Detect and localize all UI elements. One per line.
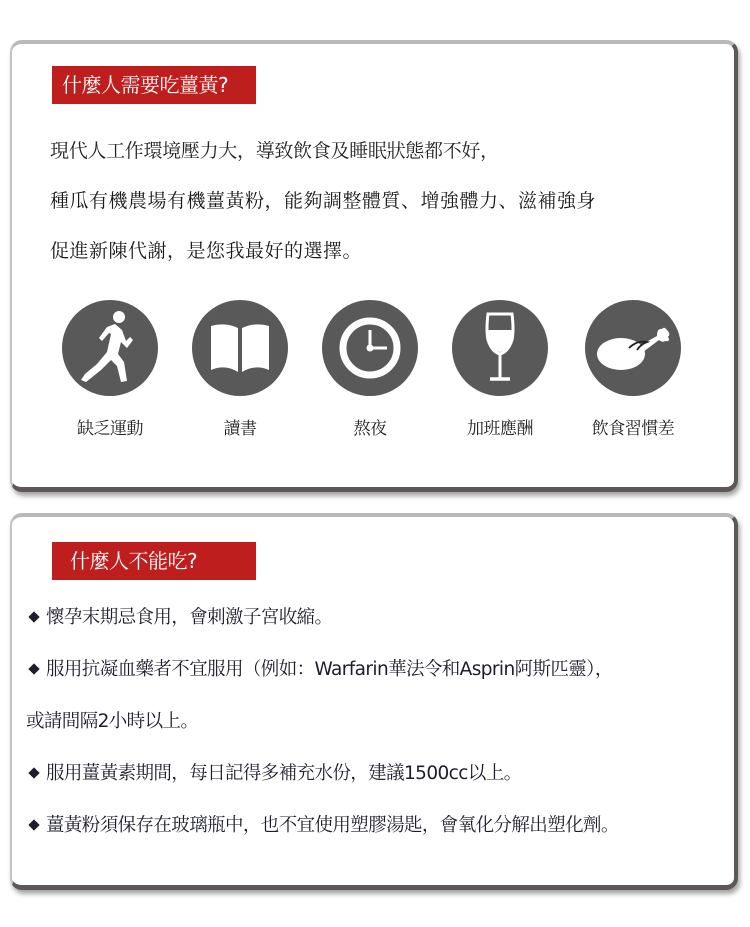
- list-item: 服用薑黃素期間，每日記得多補充水份，建議1500cc以上。: [26, 759, 522, 785]
- who-should-eat-card: 什麼人需要吃薑黃? 現代人工作環境壓力大，導致飲食及睡眠狀態都不好， 種瓜有機農…: [10, 40, 738, 492]
- list-item: 薑黃粉須保存在玻璃瓶中，也不宜使用塑膠湯匙，會氧化分解出塑化劑。: [26, 811, 619, 837]
- chicken-drumstick-icon: [585, 300, 681, 396]
- icon-item-poor-diet: 飲食習慣差: [568, 300, 698, 439]
- lifestyle-icon-row: 缺乏運動 讀書 熬夜: [12, 300, 734, 440]
- icon-label: 加班應酬: [435, 414, 565, 439]
- diamond-bullet-icon: [28, 663, 39, 674]
- clock-icon: [322, 300, 418, 396]
- icon-item-staying-up-late: 熬夜: [305, 300, 435, 439]
- section-title: 什麼人不能吃?: [52, 542, 256, 580]
- intro-paragraph-1: 現代人工作環境壓力大，導致飲食及睡眠狀態都不好，: [50, 136, 499, 163]
- open-book-icon: [192, 300, 288, 396]
- diamond-bullet-icon: [28, 767, 39, 778]
- list-item-continuation: 或請間隔2小時以上。: [26, 707, 198, 733]
- running-person-icon: [62, 300, 158, 396]
- list-item: 服用抗凝血藥者不宜服用（例如：Warfarin華法令和Asprin阿斯匹靈），: [26, 655, 613, 681]
- diamond-bullet-icon: [28, 611, 39, 622]
- icon-item-overtime-socializing: 加班應酬: [435, 300, 565, 439]
- icon-label: 熬夜: [305, 414, 435, 439]
- icon-label: 缺乏運動: [45, 414, 175, 439]
- icon-label: 飲食習慣差: [568, 414, 698, 439]
- intro-paragraph-3: 促進新陳代謝，是您我最好的選擇。: [50, 236, 362, 263]
- icon-item-lack-of-exercise: 缺乏運動: [45, 300, 175, 439]
- list-item: 懷孕末期忌食用，會刺激子宮收縮。: [26, 603, 332, 629]
- icon-item-reading: 讀書: [175, 300, 305, 439]
- wine-glass-icon: [452, 300, 548, 396]
- section-title: 什麼人需要吃薑黃?: [52, 66, 256, 104]
- who-should-not-eat-card: 什麼人不能吃? 懷孕末期忌食用，會刺激子宮收縮。 服用抗凝血藥者不宜服用（例如：…: [10, 513, 738, 890]
- intro-paragraph-2: 種瓜有機農場有機薑黃粉，能夠調整體質、增強體力、滋補強身: [50, 186, 596, 213]
- icon-label: 讀書: [175, 414, 305, 439]
- diamond-bullet-icon: [28, 819, 39, 830]
